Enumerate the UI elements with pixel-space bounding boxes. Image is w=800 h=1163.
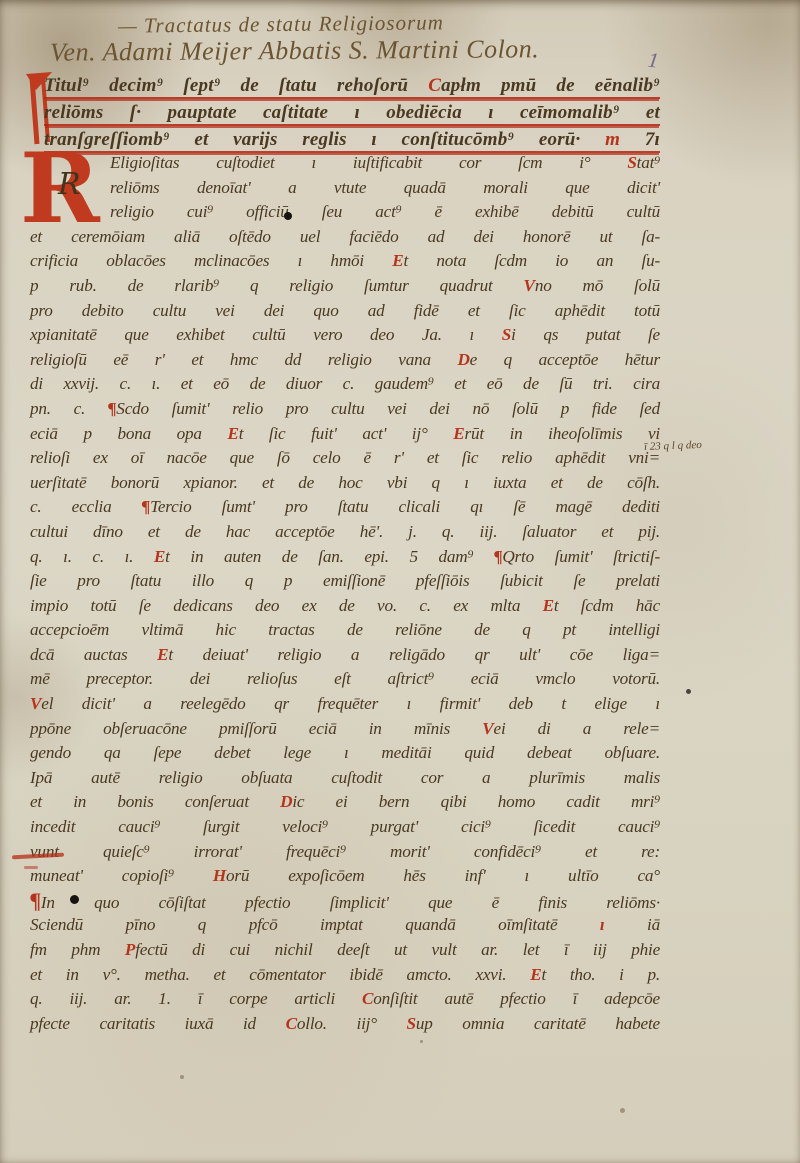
manuscript-line: religioſū eē r' et hmc dd religio vana D…	[30, 348, 660, 373]
text-segment: et in v°. metha. et cōmentator ibidē amc…	[30, 965, 530, 984]
rubric-segment: m	[605, 129, 620, 150]
title-line: tranſgreſſiomb⁹ et varijs reglis ı conſt…	[44, 130, 660, 153]
text-segment: crificia oblacōes mclinacōes ı hmōi	[30, 251, 392, 270]
rubric-segment: D	[280, 792, 292, 811]
text-segment: ppōne obſeruacōne pmiſſorū eciā in mīnis	[30, 719, 482, 738]
rubric-segment: E	[157, 645, 168, 664]
text-segment: no mō ſolū	[535, 276, 660, 295]
manuscript-line: religio cui⁹ officiū ſeu act⁹ ē exhibē d…	[30, 200, 660, 225]
manuscript-line: crificia oblacōes mclinacōes ı hmōi Et n…	[30, 249, 660, 274]
ink-speck	[686, 689, 691, 694]
manuscript-line: accepcioēm vltimā hic tractas de reliōne…	[30, 618, 660, 643]
text-segment: p rub. de rlarib⁹ q religio ſumtur quadr…	[30, 276, 524, 295]
text-segment: gendo qa ſepe debet lege ı meditāi quid …	[30, 743, 660, 762]
text-segment: Titul⁹ decim⁹ ſept⁹ de ſtatu rehoſorū	[44, 75, 428, 96]
text-segment: Tercio ſumt' pro ſtatu clicali qı ſē mag…	[150, 497, 660, 516]
manuscript-text-block: Eligioſitas cuſtodiet ı iuſtificabit cor…	[30, 151, 660, 1036]
text-segment: ei di a rele=	[494, 719, 660, 738]
manuscript-line: Ipā autē religio obſuata cuſtodit cor a …	[30, 766, 660, 791]
text-segment: e q acceptōe hētur	[470, 350, 660, 369]
text-segment: ſie pro ſtatu illo q p emiſſionē pfeſſiō…	[30, 571, 660, 590]
text-segment: vunt quieſc⁹ irrorat' frequēci⁹ morit' c…	[30, 842, 660, 861]
text-segment: fectū di cui nichil deeſt ut vult ar. le…	[135, 940, 660, 959]
manuscript-line: incedit cauci⁹ ſurgit veloci⁹ purgat' ci…	[30, 815, 660, 840]
manuscript-line: mē preceptor. dei relioſus eſt aſtrict⁹ …	[30, 667, 660, 692]
folio-number: 1	[646, 47, 660, 73]
rubric-segment: V	[482, 719, 493, 738]
rubric-segment: P	[125, 940, 135, 959]
text-segment: apłm pmū de eēnalib⁹	[441, 75, 660, 96]
text-segment: impio totū ſe dedicans deo ex de vo. c. …	[30, 596, 543, 615]
text-segment: c. ecclia	[30, 497, 142, 516]
manuscript-line: ſie pro ſtatu illo q p emiſſionē pfeſſiō…	[30, 569, 660, 594]
text-segment: Sciendū pīno q pfcō imptat quandā oīmſit…	[30, 915, 600, 934]
text-segment: muneat' copioſi⁹	[30, 866, 213, 885]
text-segment: t tho. i p.	[541, 965, 660, 984]
manuscript-line: ppōne obſeruacōne pmiſſorū eciā in mīnis…	[30, 717, 660, 742]
manuscript-line: pn. c. ¶Scdo ſumit' relio pro cultu vei …	[30, 397, 660, 422]
rubric-segment: E	[530, 965, 541, 984]
text-segment: t deiuat' religio a religādo qr ult' cōe…	[168, 645, 660, 664]
text-segment: i qs putat ſe	[511, 325, 660, 344]
text-segment: 7ı	[620, 129, 660, 150]
text-segment: uerſitatē bonorū xpianor. et de hoc vbi …	[30, 473, 660, 492]
text-segment: rūt in iheoſolīmis vi	[465, 424, 660, 443]
manuscript-line: et ceremōiam aliā oſtēdo uel faciēdo ad …	[30, 225, 660, 250]
text-segment: orū expoſicōem hēs inf' ı ultīo ca°	[226, 866, 660, 885]
manuscript-line: eciā p bona opa Et ſic fuit' act' ij° Er…	[30, 422, 660, 447]
rubric-segment: V	[30, 694, 41, 713]
manuscript-line: Eligioſitas cuſtodiet ı iuſtificabit cor…	[30, 151, 660, 176]
rubric-segment: E	[453, 424, 464, 443]
rubric-segment: S	[407, 1014, 416, 1033]
margin-gloss: ī 23 q l q deo	[644, 439, 702, 453]
text-segment: ic ei bern qibi homo cadit mri⁹	[292, 792, 660, 811]
text-segment: up omnia caritatē habete	[416, 1014, 660, 1033]
text-segment: Scdo ſumit' relio pro cultu vei dei nō ſ…	[116, 399, 660, 418]
manuscript-line: et in v°. metha. et cōmentator ibidē amc…	[30, 963, 660, 988]
parchment-speck	[620, 1108, 625, 1113]
text-segment: pfecte caritatis iuxā id	[30, 1014, 286, 1033]
text-segment: q. ı. c. ı.	[30, 547, 154, 566]
manuscript-line: dcā auctas Et deiuat' religio a religādo…	[30, 643, 660, 668]
text-segment: di xxvij. c. ı. et eō de diuor c. gaudem…	[30, 374, 660, 393]
manuscript-line: Sciendū pīno q pfcō imptat quandā oīmſit…	[30, 913, 660, 938]
manuscript-page: — Tractatus de statu Religiosorum Ven. A…	[0, 0, 800, 1163]
manuscript-line: pro debito cultu vei dei quo ad fidē et …	[30, 299, 660, 324]
text-segment: t ſic fuit' act' ij°	[239, 424, 454, 443]
text-segment: religioſū eē r' et hmc dd religio vana	[30, 350, 457, 369]
rubric-segment: E	[227, 424, 238, 443]
wormhole-dot	[70, 895, 79, 904]
rubric-segment: C	[286, 1014, 297, 1033]
text-segment: iā	[605, 915, 660, 934]
text-segment: fm phm	[30, 940, 125, 959]
rubric-segment: C	[362, 989, 373, 1008]
rubric-segment: E	[543, 596, 554, 615]
rubric-segment: ¶	[142, 497, 150, 516]
title-line: Titul⁹ decim⁹ ſept⁹ de ſtatu rehoſorū Ca…	[44, 76, 660, 99]
manuscript-line: c. ecclia ¶Tercio ſumt' pro ſtatu clical…	[30, 495, 660, 520]
text-segment: tranſgreſſiomb⁹ et varijs reglis ı conſt…	[44, 129, 605, 150]
manuscript-line: fm phm Pfectū di cui nichil deeſt ut vul…	[30, 938, 660, 963]
manuscript-line: uerſitatē bonorū xpianor. et de hoc vbi …	[30, 471, 660, 496]
rubric-segment: ¶	[30, 888, 41, 913]
text-segment: incedit cauci⁹ ſurgit veloci⁹ purgat' ci…	[30, 817, 660, 836]
manuscript-line: vunt quieſc⁹ irrorat' frequēci⁹ morit' c…	[30, 840, 660, 865]
manuscript-line: q. ı. c. ı. Et in auten de ſan. epi. 5 d…	[30, 545, 660, 570]
text-segment: Ipā autē religio obſuata cuſtodit cor a …	[30, 768, 660, 787]
text-segment: Eligioſitas cuſtodiet ı iuſtificabit cor…	[110, 153, 627, 172]
manuscript-line: Vel dicit' a reelegēdo qr frequēter ı fi…	[30, 692, 660, 717]
text-segment: religio cui⁹ officiū ſeu act⁹ ē exhibē d…	[110, 202, 660, 221]
text-segment: mē preceptor. dei relioſus eſt aſtrict⁹ …	[30, 669, 660, 688]
manuscript-line: p rub. de rlarib⁹ q religio ſumtur quadr…	[30, 274, 660, 299]
red-offset-smudge	[24, 866, 38, 869]
rubric-segment: E	[154, 547, 165, 566]
text-segment: et ceremōiam aliā oſtēdo uel faciēdo ad …	[30, 227, 660, 246]
title-line: reliōms ſ· pauptate caſtitate ı obediēci…	[44, 103, 660, 126]
rubric-segment: V	[524, 276, 535, 295]
text-segment: dcā auctas	[30, 645, 157, 664]
rubric-segment: S	[502, 325, 511, 344]
manuscript-line: relioſi ex oī nacōe que ſō celo ē r' et …	[30, 446, 660, 471]
text-segment: reliōms ſ· pauptate caſtitate ı obediēci…	[44, 102, 660, 123]
text-segment: Qrto ſumit' ſtrictiſ-	[502, 547, 660, 566]
text-segment: el dicit' a reelegēdo qr frequēter ı fir…	[41, 694, 660, 713]
manuscript-line: et in bonis conſeruat Dic ei bern qibi h…	[30, 790, 660, 815]
parchment-speck	[180, 1075, 184, 1079]
text-segment: eciā p bona opa	[30, 424, 227, 443]
text-segment: reliōms denoīat' a vtute quadā morali qu…	[110, 178, 660, 197]
manuscript-line: gendo qa ſepe debet lege ı meditāi quid …	[30, 741, 660, 766]
text-segment: et in bonis conſeruat	[30, 792, 280, 811]
manuscript-line: q. iij. ar. 1. ī corpe articli Conſiſtit…	[30, 987, 660, 1012]
text-segment: cultui dīno et de hac acceptōe hē'. j. q…	[30, 522, 660, 541]
manuscript-line: xpianitatē que exhibet cultū vero deo Ja…	[30, 323, 660, 348]
text-segment: In quo cōſiſtat pfectio ſimplicit' que ē…	[41, 893, 660, 912]
manuscript-line: cultui dīno et de hac acceptōe hē'. j. q…	[30, 520, 660, 545]
rubric-segment: E	[392, 251, 403, 270]
text-segment: t nota ſcdm io an ſu-	[404, 251, 660, 270]
text-segment: pro debito cultu vei dei quo ad fidē et …	[30, 301, 660, 320]
manuscript-line: pfecte caritatis iuxā id Collo. iij° Sup…	[30, 1012, 660, 1037]
text-segment: xpianitatē que exhibet cultū vero deo Ja…	[30, 325, 502, 344]
text-segment: ollo. iij°	[297, 1014, 407, 1033]
manuscript-line: impio totū ſe dedicans deo ex de vo. c. …	[30, 594, 660, 619]
text-segment: t in auten de ſan. epi. 5 dam⁹	[165, 547, 494, 566]
parchment-speck	[420, 1040, 423, 1043]
text-segment: q. iij. ar. 1. ī corpe articli	[30, 989, 362, 1008]
text-segment: relioſi ex oī nacōe que ſō celo ē r' et …	[30, 448, 660, 467]
manuscript-line: reliōms denoīat' a vtute quadā morali qu…	[30, 176, 660, 201]
text-segment: pn. c.	[30, 399, 108, 418]
text-segment: t ſcdm hāc	[554, 596, 660, 615]
rubric-segment: H	[213, 866, 226, 885]
manuscript-line: di xxvij. c. ı. et eō de diuor c. gaudem…	[30, 372, 660, 397]
rubric-segment: S	[627, 153, 636, 172]
rubric-segment: C	[428, 75, 441, 96]
text-segment: accepcioēm vltimā hic tractas de reliōne…	[30, 620, 660, 639]
manuscript-line: ¶In quo cōſiſtat pfectio ſimplicit' que …	[30, 889, 660, 914]
rubric-segment: D	[457, 350, 469, 369]
text-segment: onſiſtit autē pfectio ī adepcōe	[373, 989, 660, 1008]
rubricated-title: Titul⁹ decim⁹ ſept⁹ de ſtatu rehoſorū Ca…	[44, 76, 660, 157]
text-segment: tat⁹	[637, 153, 660, 172]
manuscript-line: muneat' copioſi⁹ Horū expoſicōem hēs inf…	[30, 864, 660, 889]
header-author: Ven. Adami Meijer Abbatis S. Martini Col…	[50, 34, 539, 67]
wormhole-dot	[284, 212, 292, 220]
